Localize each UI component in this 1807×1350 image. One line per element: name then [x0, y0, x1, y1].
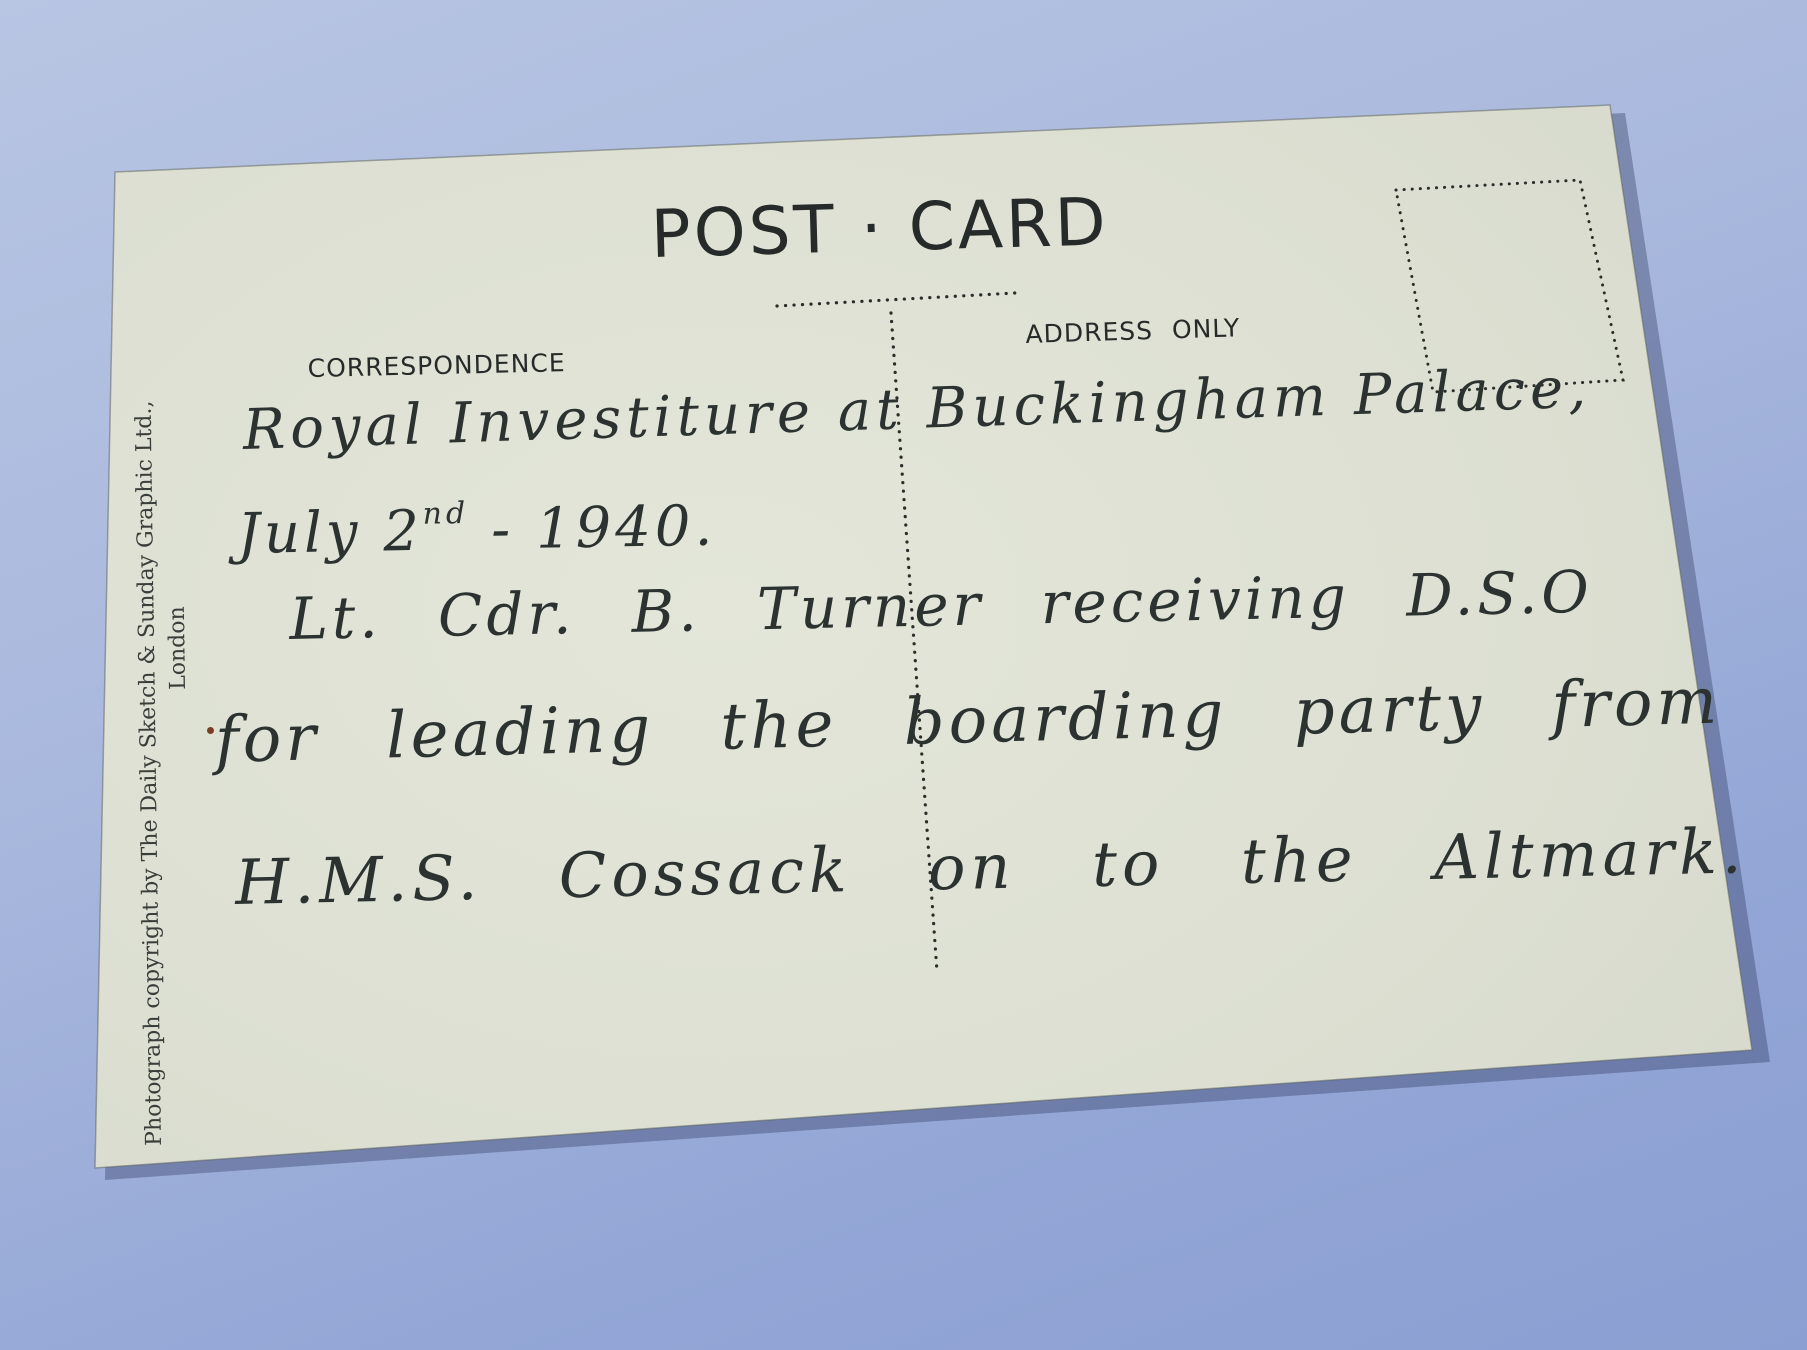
date-day: July 2 [237, 499, 424, 567]
handwriting-line-2: July 2nd - 1940. [237, 492, 717, 567]
date-year: - 1940. [469, 494, 717, 563]
correspondence-label: CORRESPONDENCE [307, 348, 566, 383]
copyright-city: London [165, 606, 191, 690]
rust-speck [207, 727, 214, 734]
date-ordinal: nd [422, 496, 469, 532]
postcard-title: POST · CARD [650, 183, 1110, 273]
